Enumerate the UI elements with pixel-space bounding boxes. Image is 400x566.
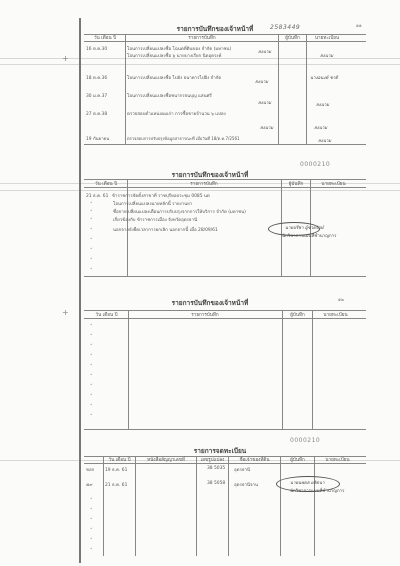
row-date: 18 ต.ค.36 (86, 74, 107, 81)
signature: ลงนาม (258, 99, 271, 106)
section-title: รายการบันทึกของเจ้าหน้าที่ (150, 298, 270, 308)
col-header-recorder: ผู้บันทึก (281, 457, 314, 464)
signature: ลงนาม (316, 101, 329, 108)
row-date: 19 กันยายน (86, 135, 109, 142)
col-header-recorder: ผู้บันทึก (279, 35, 306, 42)
row-entry: ข้าราชการจัดตั้งสาขาที่ ราชบุรีหอประชุม … (112, 192, 210, 199)
row-entry: นอกจากยังยืดเวลาการยกเลิก นอกจากนี้ เมื่… (113, 226, 218, 233)
signature: ลงนาม (320, 52, 333, 59)
col-header-owner: ชื่อเจ้าของที่ดิน (229, 457, 280, 464)
punch-mark: + (62, 308, 69, 317)
binding-spine (79, 18, 81, 563)
col-header-parcel: เลขรูปแปลง (197, 457, 228, 464)
col-header-date: วัน เดือน ปี (104, 457, 135, 464)
row-entry: โอนการเปลี่ยนแปลงชื่อ โฉนดที่ดินของ จำกั… (127, 45, 231, 52)
scan-line (0, 190, 400, 191)
row-entry: ชื่อจากเปลี่ยนแปลงเดือนการปรับปรุงจากการ… (113, 208, 246, 215)
col-header-date: วัน เดือน ปี (86, 35, 124, 42)
signature: นายปรีชา ผู้ช่วยรักษ์ (285, 224, 324, 231)
row-parcel: 38 5058 (207, 481, 225, 486)
row-owner: อุดรธานีจาน (234, 481, 258, 488)
col-header-contract: หนังสือสัญญาเลขที่ (136, 457, 196, 464)
signature: ลงนาม (318, 137, 331, 144)
section-title: รายการจดทะเบียน (185, 446, 255, 456)
page-number: ๑๒ (338, 296, 344, 303)
col-header-entry: รายการบันทึก (128, 181, 280, 188)
row-number: ๕๙ (86, 481, 93, 488)
page-number: ๑๑ (356, 22, 362, 29)
stamp-number: 0000210 (290, 437, 320, 444)
row-date: 27 ต.ค.38 (86, 110, 107, 117)
signature: ลงนาม (255, 78, 268, 85)
row-owner: อุดรธานี (234, 466, 250, 473)
row-date: 21 ธ.ค. 61 (86, 192, 108, 199)
row-entry: ตรวจสอบการปรับปรุงข้อมูลสาธารณะที่ เมื่อ… (127, 135, 240, 142)
col-header-entry: รายการบันทึก (129, 312, 281, 319)
punch-mark: + (62, 54, 69, 63)
col-header-registrar: นายทะเบียน (311, 181, 356, 188)
section-title: รายการบันทึกของเจ้าหน้าที่ (160, 24, 270, 34)
col-header-recorder: ผู้บันทึก (282, 181, 310, 188)
row-date: 30 ม.ค.37 (86, 92, 107, 99)
scan-line (0, 64, 400, 65)
signature: นางอนงค์ ชาติ (310, 74, 338, 81)
row-entry: โอนการเปลี่ยนแปลงชื่อ ๖ นายบางเรียก นิดอ… (127, 52, 221, 59)
stamp-number: 0000210 (300, 161, 330, 168)
col-header-date: วัน เดือน ปี (86, 312, 127, 319)
row-entry: โอนการเปลี่ยนแปลงชื่อ ไปยัง ธนาคารไปฝึง … (127, 74, 221, 81)
col-header-entry: รายการบันทึก (126, 35, 278, 42)
col-header-date: วัน เดือน ปี (86, 181, 126, 188)
row-entry: โอนการเปลี่ยนแปลงชื่อชนากรจนบุญ แสนศรี (127, 92, 212, 99)
row-date: 19 ธ.ค. 61 (105, 466, 127, 473)
row-entry: โอนการเปลี่ยนแปลงนายหลักนี้ รายงานยา (113, 200, 192, 207)
row-entry: เกี่ยวข้องกับ ข้าราชการเมือง จังหวัดอุดร… (113, 216, 197, 223)
signature: ลงนาม (258, 48, 271, 55)
row-parcel: 38 5035 (207, 466, 225, 471)
deed-number: 2583449 (270, 24, 300, 31)
row-date: 16 ต.ค.30 (86, 45, 107, 52)
row-entry: ตรวจสอบตำแหน่งผมเก่า การซื้อขายจำนวน ๖ แ… (127, 110, 226, 117)
col-header-registrar: นายทะเบียน (315, 457, 360, 464)
row-date: 21 ธ.ค. 61 (105, 481, 127, 488)
signature-title: นักวิชาการแผนที่ชำนาญการ (282, 232, 337, 239)
col-header-registrar: นายทะเบียน (307, 35, 347, 42)
col-header-registrar: นายทะเบียน (313, 312, 358, 319)
signature: ลงนาม (314, 124, 327, 131)
col-header-recorder: ผู้บันทึก (283, 312, 312, 319)
signature: นายนพดล ผลิตนา (290, 479, 324, 486)
row-number: ขอก (86, 466, 94, 473)
signature-title: นักวิชาการแผนที่ชำนาญการ (290, 487, 345, 494)
signature: ลงนาม (260, 124, 273, 131)
